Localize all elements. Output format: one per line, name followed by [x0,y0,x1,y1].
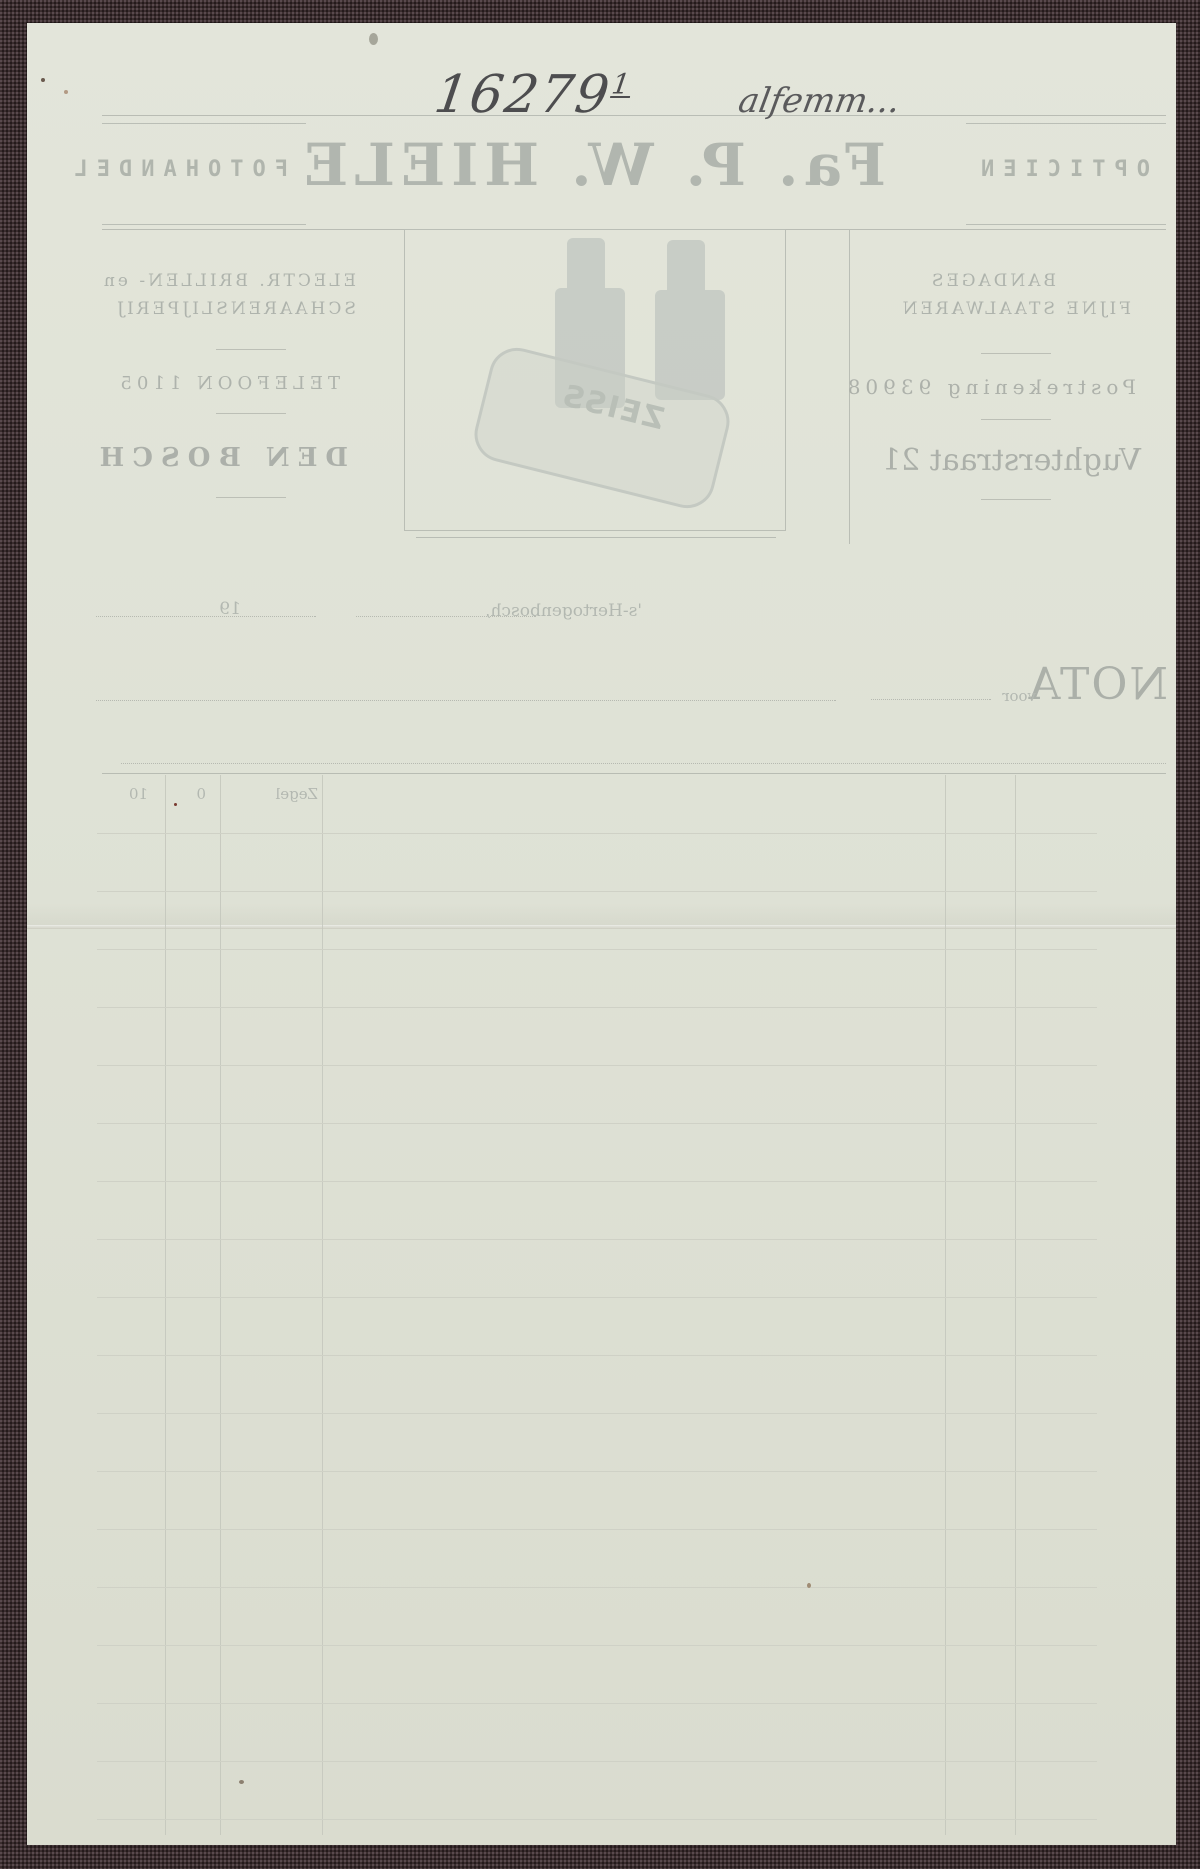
paper-speck [807,1583,811,1588]
paper-speck [239,1780,244,1784]
date-dotted-line [356,616,536,617]
left-col-line2: FIJNE STAALWAREN [900,299,1131,319]
addressee-dotted-line [96,700,836,701]
column-divider [220,775,221,1835]
table-row-line [97,1819,1097,1820]
table-row-line [97,1065,1097,1066]
paper-speck [64,90,68,94]
table-row-line [97,833,1097,834]
column-divider [165,775,166,1835]
table-row-line [97,891,1097,892]
year-prefix: 19 [219,599,241,619]
nota-title: NOTA [1027,659,1168,710]
place-city: 's-Hertogenbosch, [485,601,642,621]
right-col-line2: SCHAARENSLIJPERIJ [114,299,356,319]
divider [981,353,1051,354]
table-top-rule [102,773,1166,774]
divider [981,499,1051,500]
paper-speck [174,803,177,806]
table-row-line [97,1761,1097,1762]
table-row-line [97,1355,1097,1356]
band-right-text: FOTOHANDEL [66,157,288,182]
left-col-line1: BANDAGES [929,271,1056,291]
logo-frame: ZEISS [404,229,786,531]
table-row-line [97,1239,1097,1240]
table-row-line [97,1587,1097,1588]
paper-speck [41,78,45,82]
divider [981,419,1051,420]
table-row-line [97,1529,1097,1530]
logo-underline [416,537,776,538]
date-dotted-line [96,616,316,617]
right-col-line1: ELECTR. BRILLEN- en [101,271,356,291]
table-row-line [97,1123,1097,1124]
right-col-line3: TELEFOON 1105 [115,373,340,394]
paper-sheet: OPTICIEN Fa. P. W. HIELE FOTOHANDEL BAND… [27,23,1176,1845]
divider [216,497,286,498]
table-row-line [97,949,1097,950]
show-through-letterhead: OPTICIEN Fa. P. W. HIELE FOTOHANDEL BAND… [27,23,1176,1845]
handwritten-reference: 162791 [431,65,635,125]
table-row-line [97,1703,1097,1704]
right-col-line4: DEN BOSCH [92,443,348,473]
paper-speck [369,33,378,45]
band-left-text: OPTICIEN [972,157,1150,182]
divider [216,413,286,414]
table-row-line [97,1007,1097,1008]
firm-name: Fa. P. W. HIELE [298,131,886,199]
first-row-guilders: 0 [196,785,206,803]
left-col-line3: Postrekening 93908 [843,375,1136,399]
column-divider [1015,775,1016,1835]
nota-dotted-line [871,699,991,700]
divider [216,349,286,350]
table-row-line [97,1471,1097,1472]
top-rule [102,115,1166,116]
left-col-line4: Vughterstraat 21 [882,443,1141,478]
first-row-cents: 10 [129,785,148,803]
first-row-description: Zegel [275,785,318,803]
column-divider [322,775,323,1835]
handwritten-word: alfemm... [735,81,903,121]
table-row-line [97,1181,1097,1182]
addressee-dotted-line-2 [121,763,1166,764]
table-row-line [97,1297,1097,1298]
nota-suffix: voor [1002,687,1036,705]
table-row-line [97,1413,1097,1414]
table-row-line [97,1645,1097,1646]
column-divider [945,775,946,1835]
